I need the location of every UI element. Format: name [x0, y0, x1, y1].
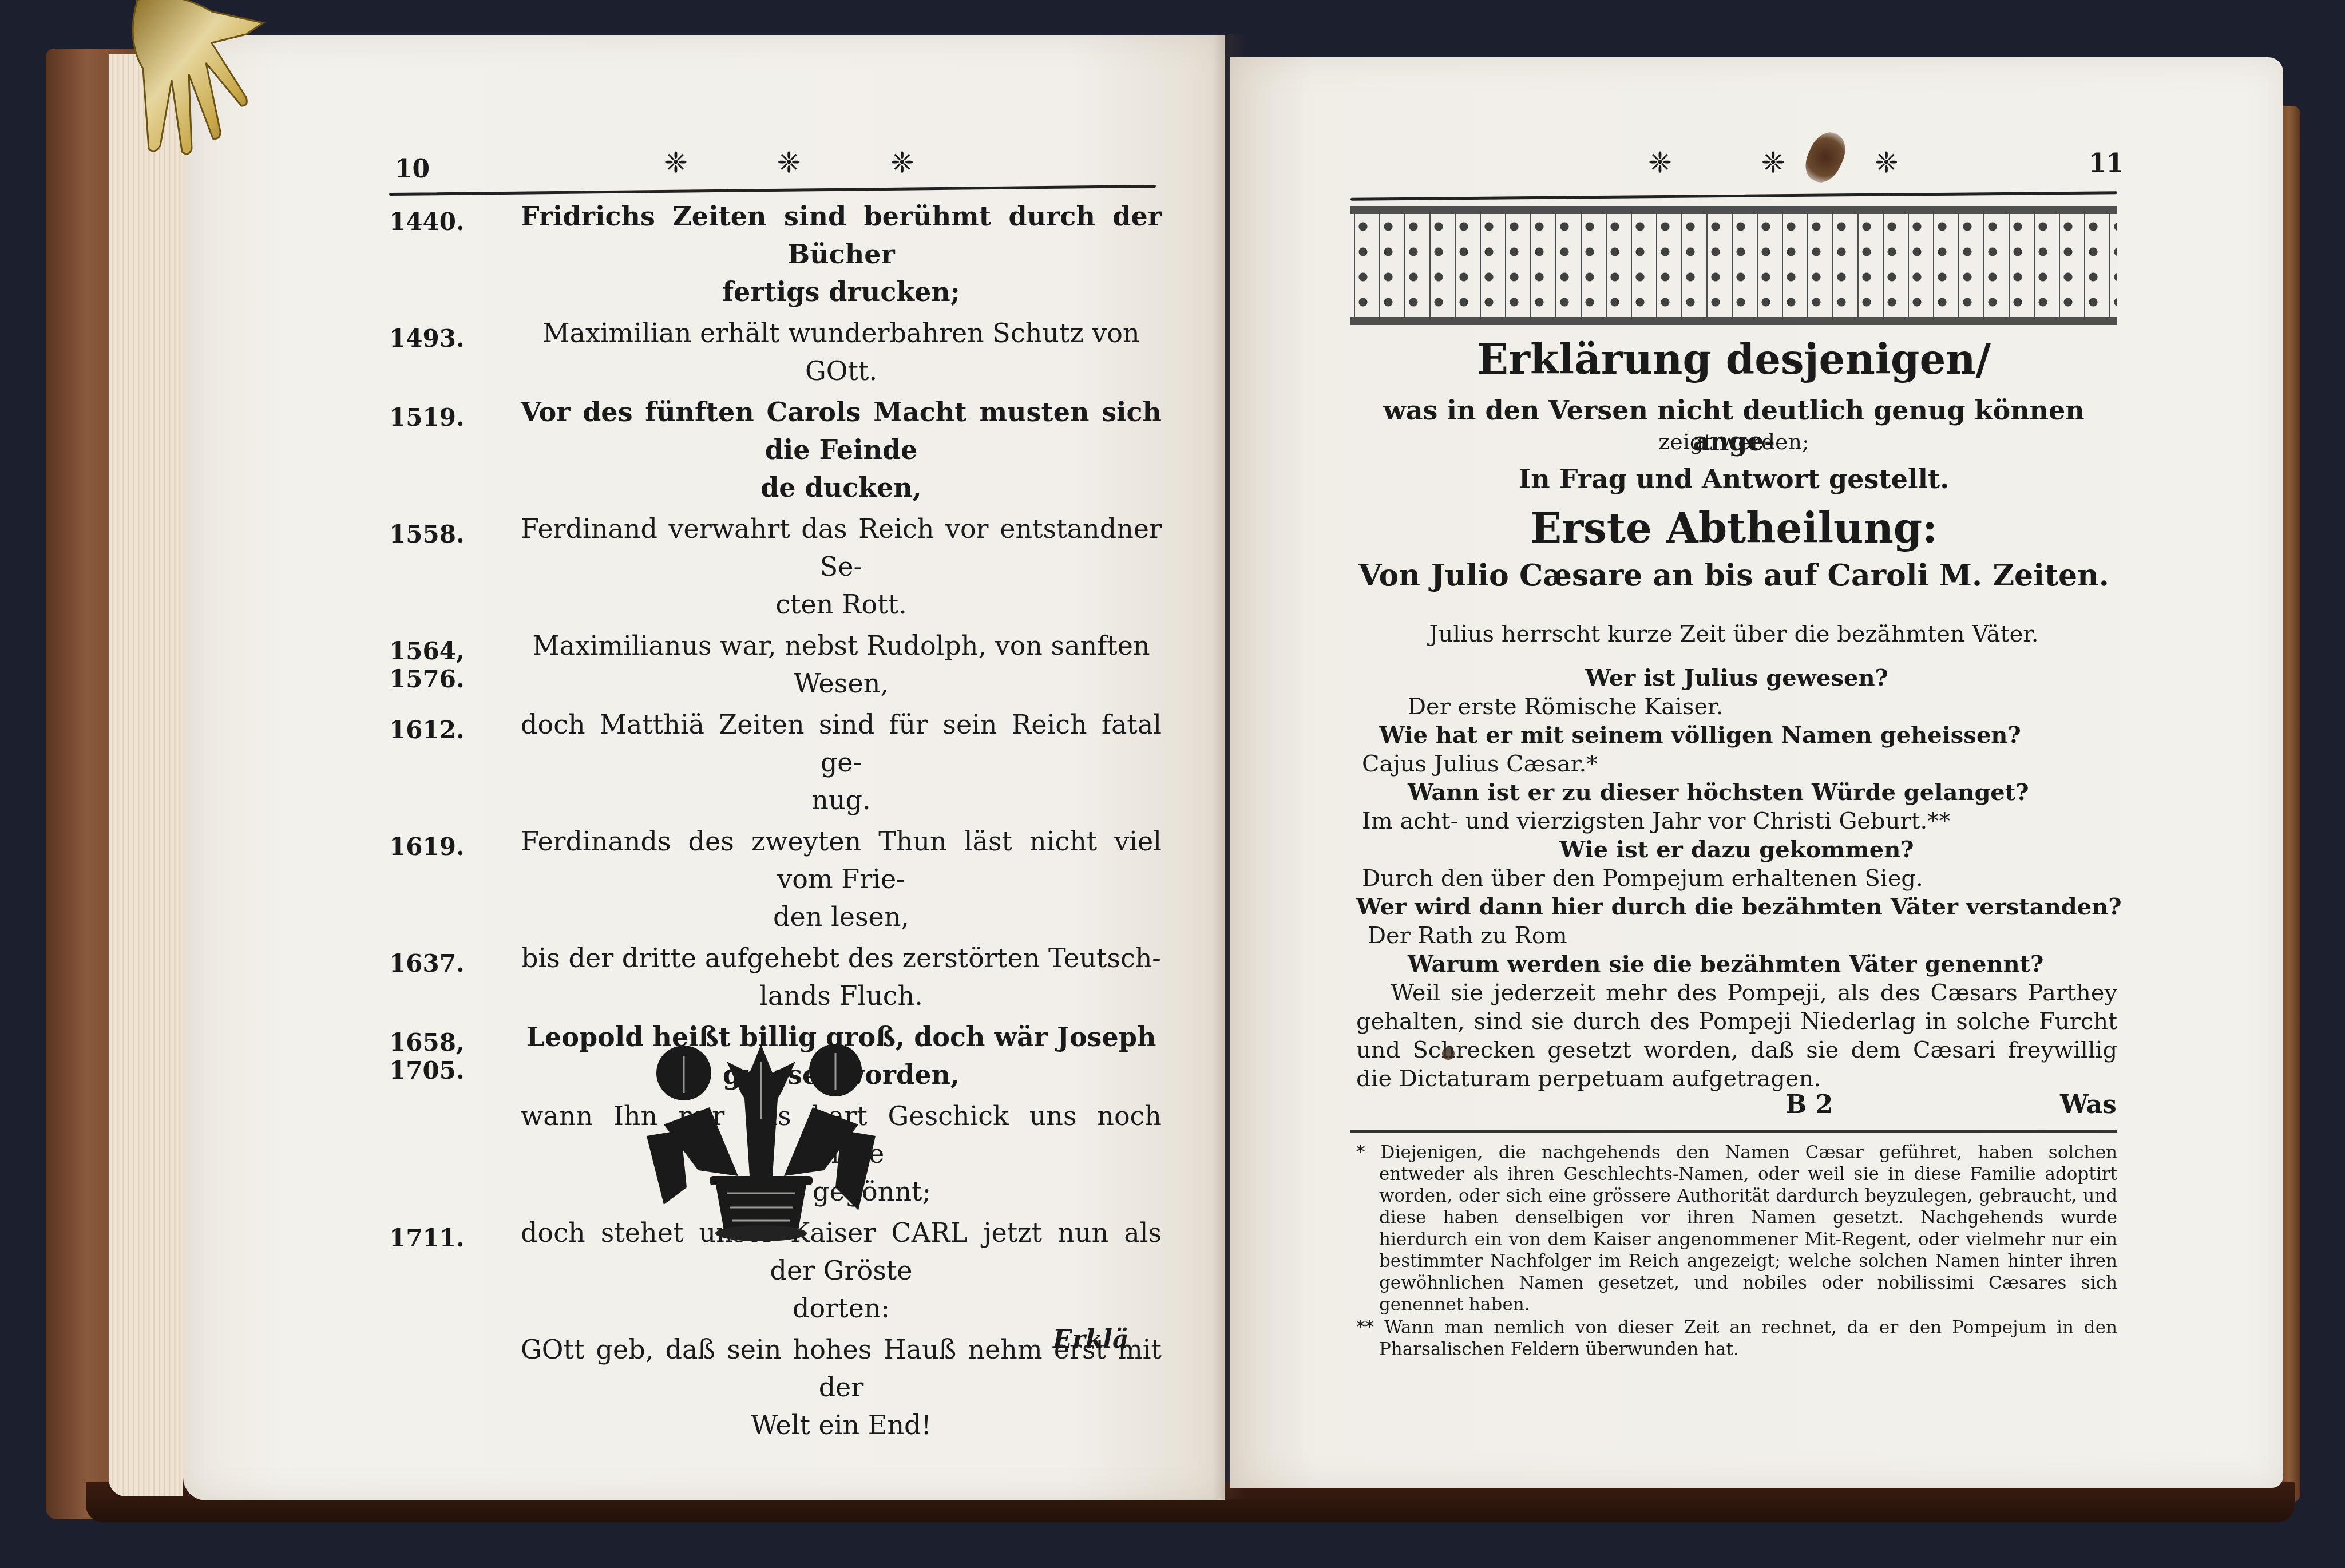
entry-year: [389, 1331, 521, 1444]
part-subheading: Von Julio Cæsare an bis auf Caroli M. Ze…: [1350, 558, 2117, 593]
answer: Cajus Julius Cæsar.*: [1356, 750, 2117, 778]
verse-line: Julius herrscht kurze Zeit über die bezä…: [1350, 621, 2117, 647]
entry-line: bis der dritte aufgehebt des zerstörten …: [521, 939, 1162, 977]
chronology-entry: GOtt geb, daß sein hohes Hauß nehm erst …: [389, 1331, 1162, 1444]
entry-line: cten Rott.: [521, 585, 1162, 623]
entry-line: lands Fluch.: [521, 977, 1162, 1015]
footnote: * Diejenigen, die nachgehends den Namen …: [1356, 1142, 2117, 1316]
question: Wann ist er zu dieser höchsten Würde gel…: [1356, 778, 2117, 807]
entry-line: den lesen,: [521, 898, 1162, 936]
foxing-spot: [1442, 1047, 1455, 1060]
entry-year: 1519.: [389, 393, 521, 506]
entry-line: Ferdinands des zweyten Thun läst nicht v…: [521, 822, 1162, 898]
entry-year: 1637.: [389, 939, 521, 1015]
answer: Der erste Römische Kaiser.: [1356, 692, 2117, 721]
catchword-left: Erklä: [1053, 1325, 1128, 1354]
page-number-right: 11: [2089, 149, 2124, 178]
brass-hand-page-clip-icon: [74, 0, 292, 160]
footnotes: * Diejenigen, die nachgehends den Namen …: [1356, 1142, 2117, 1361]
question-answer-block: Wer ist Julius gewesen? Der erste Römisc…: [1356, 664, 2117, 1093]
chronology-entry: 1619. Ferdinands des zweyten Thun läst n…: [389, 822, 1162, 936]
question: Wer wird dann hier durch die bezähmten V…: [1356, 893, 2117, 921]
flower-basket-woodcut-icon: [629, 1039, 893, 1245]
chronology-entry: 1519. Vor des fünften Carols Macht muste…: [389, 393, 1162, 506]
entry-year: 1619.: [389, 822, 521, 936]
entry-year: 1493.: [389, 314, 521, 390]
entry-line: Maximilianus war, nebst Rudolph, von san…: [521, 627, 1162, 664]
entry-line: dorten:: [521, 1289, 1162, 1327]
part-heading: Erste Abtheilung:: [1350, 504, 2117, 552]
entry-year: 1564, 1576.: [389, 627, 521, 702]
entry-line: Welt ein End!: [521, 1406, 1162, 1444]
entry-line: Wesen,: [521, 664, 1162, 702]
question: Wie hat er mit seinem völligen Namen geh…: [1356, 721, 2117, 750]
entry-line: de ducken,: [521, 469, 1162, 506]
entry-line: nug.: [521, 781, 1162, 819]
entry-line: Ferdinand verwahrt das Reich vor entstan…: [521, 510, 1162, 585]
entry-year: 1440.: [389, 197, 521, 311]
chronology-entry: 1558. Ferdinand verwahrt das Reich vor e…: [389, 510, 1162, 623]
chronology-list: 1440. Fridrichs Zeiten sind berühmt durc…: [389, 197, 1162, 1447]
entry-year: 1558.: [389, 510, 521, 623]
answer: Im acht- und vierzigsten Jahr vor Christ…: [1356, 807, 2117, 836]
header-ornament-left: ❈ ❈ ❈: [664, 146, 954, 179]
entry-line: doch Matthiä Zeiten sind für sein Reich …: [521, 706, 1162, 781]
entry-line: fertigs drucken;: [521, 273, 1162, 311]
chronology-entry: 1440. Fridrichs Zeiten sind berühmt durc…: [389, 197, 1162, 311]
signature-mark: B 2: [1785, 1090, 1833, 1119]
entry-line: GOtt.: [521, 352, 1162, 390]
subtitle-line-2: zeigt werden;: [1350, 429, 2117, 454]
subtitle-question-answer: In Frag und Antwort gestellt.: [1350, 464, 2117, 494]
entry-year: 1612.: [389, 706, 521, 819]
question: Warum werden sie die bezähmten Väter gen…: [1356, 950, 2117, 979]
header-ornament-right: ❈ ❈ ❈: [1648, 146, 1938, 179]
question: Wie ist er dazu gekommen?: [1356, 836, 2117, 864]
page-edges: [109, 54, 183, 1496]
chronology-entry: 1493. Maximilian erhält wunderbahren Sch…: [389, 314, 1162, 390]
answer: Durch den über den Pompejum erhaltenen S…: [1356, 864, 2117, 893]
section-title: Erklärung desjenigen/: [1350, 335, 2117, 383]
footnote-rule: [1350, 1130, 2117, 1133]
entry-line: Maximilian erhält wunderbahren Schutz vo…: [521, 314, 1162, 352]
answer: Weil sie jederzeit mehr des Pompeji, als…: [1356, 979, 2117, 1093]
page-number-left: 10: [395, 155, 430, 184]
footnote: ** Wann man nemlich von dieser Zeit an r…: [1356, 1317, 2117, 1360]
question: Wer ist Julius gewesen?: [1356, 664, 2117, 692]
catchword-right: Was: [2060, 1090, 2117, 1119]
ornamental-border-band: [1350, 206, 2117, 325]
answer: Der Rath zu Rom: [1356, 921, 2117, 950]
entry-year: 1711.: [389, 1214, 521, 1327]
entry-year: [389, 1097, 521, 1210]
entry-year: 1658, 1705.: [389, 1018, 521, 1094]
entry-line: Fridrichs Zeiten sind berühmt durch der …: [521, 197, 1162, 273]
chronology-entry: 1637. bis der dritte aufgehebt des zerst…: [389, 939, 1162, 1015]
entry-line: Vor des fünften Carols Macht musten sich…: [521, 393, 1162, 469]
chronology-entry: 1564, 1576. Maximilianus war, nebst Rudo…: [389, 627, 1162, 702]
chronology-entry: 1612. doch Matthiä Zeiten sind für sein …: [389, 706, 1162, 819]
